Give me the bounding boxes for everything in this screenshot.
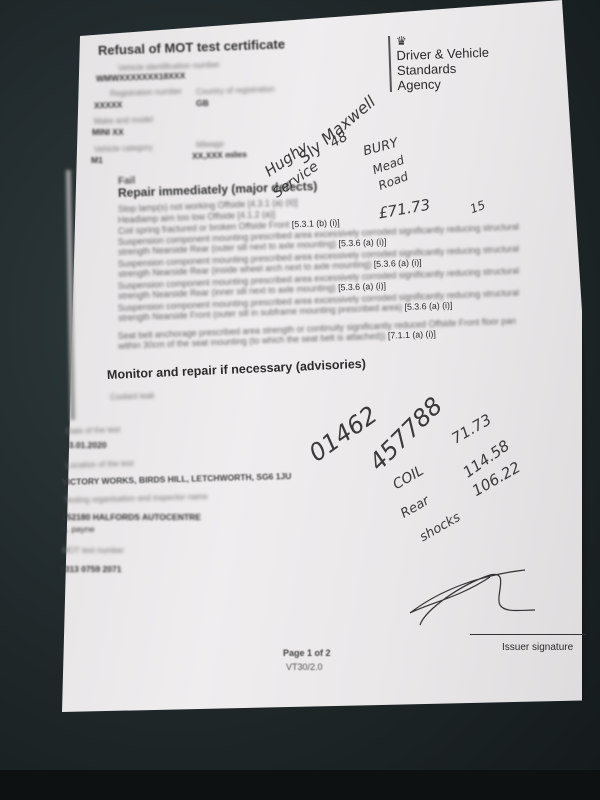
defect-ref: [5.3.6 (a) (i)] xyxy=(374,257,422,269)
agency-divider xyxy=(388,36,391,92)
mot-number-label: MOT test number xyxy=(62,546,124,555)
location-label: Location of the test xyxy=(66,459,134,470)
vin-value: WMWXXXXXXX18XXX xyxy=(96,70,186,83)
defect-ref: [7.1.1 (a) (i)] xyxy=(388,329,436,341)
signature-line xyxy=(470,634,586,635)
make-model-label: Make and model xyxy=(94,115,153,126)
category-value: M1 xyxy=(91,155,103,165)
category-label: Vehicle category xyxy=(94,143,153,154)
mot-certificate: Refusal of MOT test certificate Vehicle … xyxy=(0,0,600,800)
registration-value: XXXXX xyxy=(94,100,123,111)
advisory-item: Coolant leak xyxy=(110,391,155,402)
handwritten-rear-label: Rear xyxy=(398,493,432,521)
defect-ref: [4.3.1 (a) (ii)] xyxy=(248,197,298,209)
advisories-heading: Monitor and repair if necessary (advisor… xyxy=(107,357,366,382)
defect-ref: [4.1.2 (a)] xyxy=(237,209,275,220)
test-date-value: 03.01.2020 xyxy=(64,440,107,450)
test-date-label: Date of the test xyxy=(66,425,121,436)
defect-ref: [5.3.6 (a) (i)] xyxy=(338,281,386,293)
country-value: GB xyxy=(196,98,209,108)
defect-ref: [5.3.6 (a) (i)] xyxy=(404,300,452,312)
mileage-value: XX,XXX miles xyxy=(192,149,247,161)
country-label: Country of registration xyxy=(196,85,275,97)
handwritten-shocks-label: shocks xyxy=(417,510,463,545)
royal-crest-icon: ♛ xyxy=(396,34,407,48)
form-code: VT30/2.0 xyxy=(286,662,323,672)
tester-org: 252180 HALFORDS AUTOCENTRE xyxy=(62,512,201,522)
handwritten-phone-line2: 457788 xyxy=(364,392,449,477)
handwritten-coil-label: COIL xyxy=(390,463,426,493)
signature-label: Issuer signature xyxy=(502,642,573,653)
agency-name: Driver & Vehicle Standards Agency xyxy=(396,43,537,93)
location-value: VICTORY WORKS, BIRDS HILL, LETCHWORTH, S… xyxy=(62,471,292,487)
issuer-signature xyxy=(400,565,540,635)
defect-text: Seat belt anchorage prescribed area stre… xyxy=(118,316,516,351)
page-indicator: Page 1 of 2 xyxy=(283,648,331,658)
document-title: Refusal of MOT test certificate xyxy=(98,36,286,58)
registration-label: Registration number xyxy=(110,87,182,99)
fail-indicator-bar xyxy=(66,170,75,420)
mileage-label: Mileage xyxy=(196,140,224,150)
tester-name: a. payne xyxy=(62,524,95,534)
handwritten-coil-price: 71.73 xyxy=(448,410,494,447)
tester-label: Testing organisation and inspector name xyxy=(64,492,208,505)
make-model-value: MINI XX xyxy=(92,127,124,137)
mot-number-value: 2313 0759 2071 xyxy=(60,564,121,574)
defect-ref: [5.3.6 (a) (i)] xyxy=(338,237,386,249)
defect-ref: [5.3.1 (b) (i)] xyxy=(292,217,340,229)
